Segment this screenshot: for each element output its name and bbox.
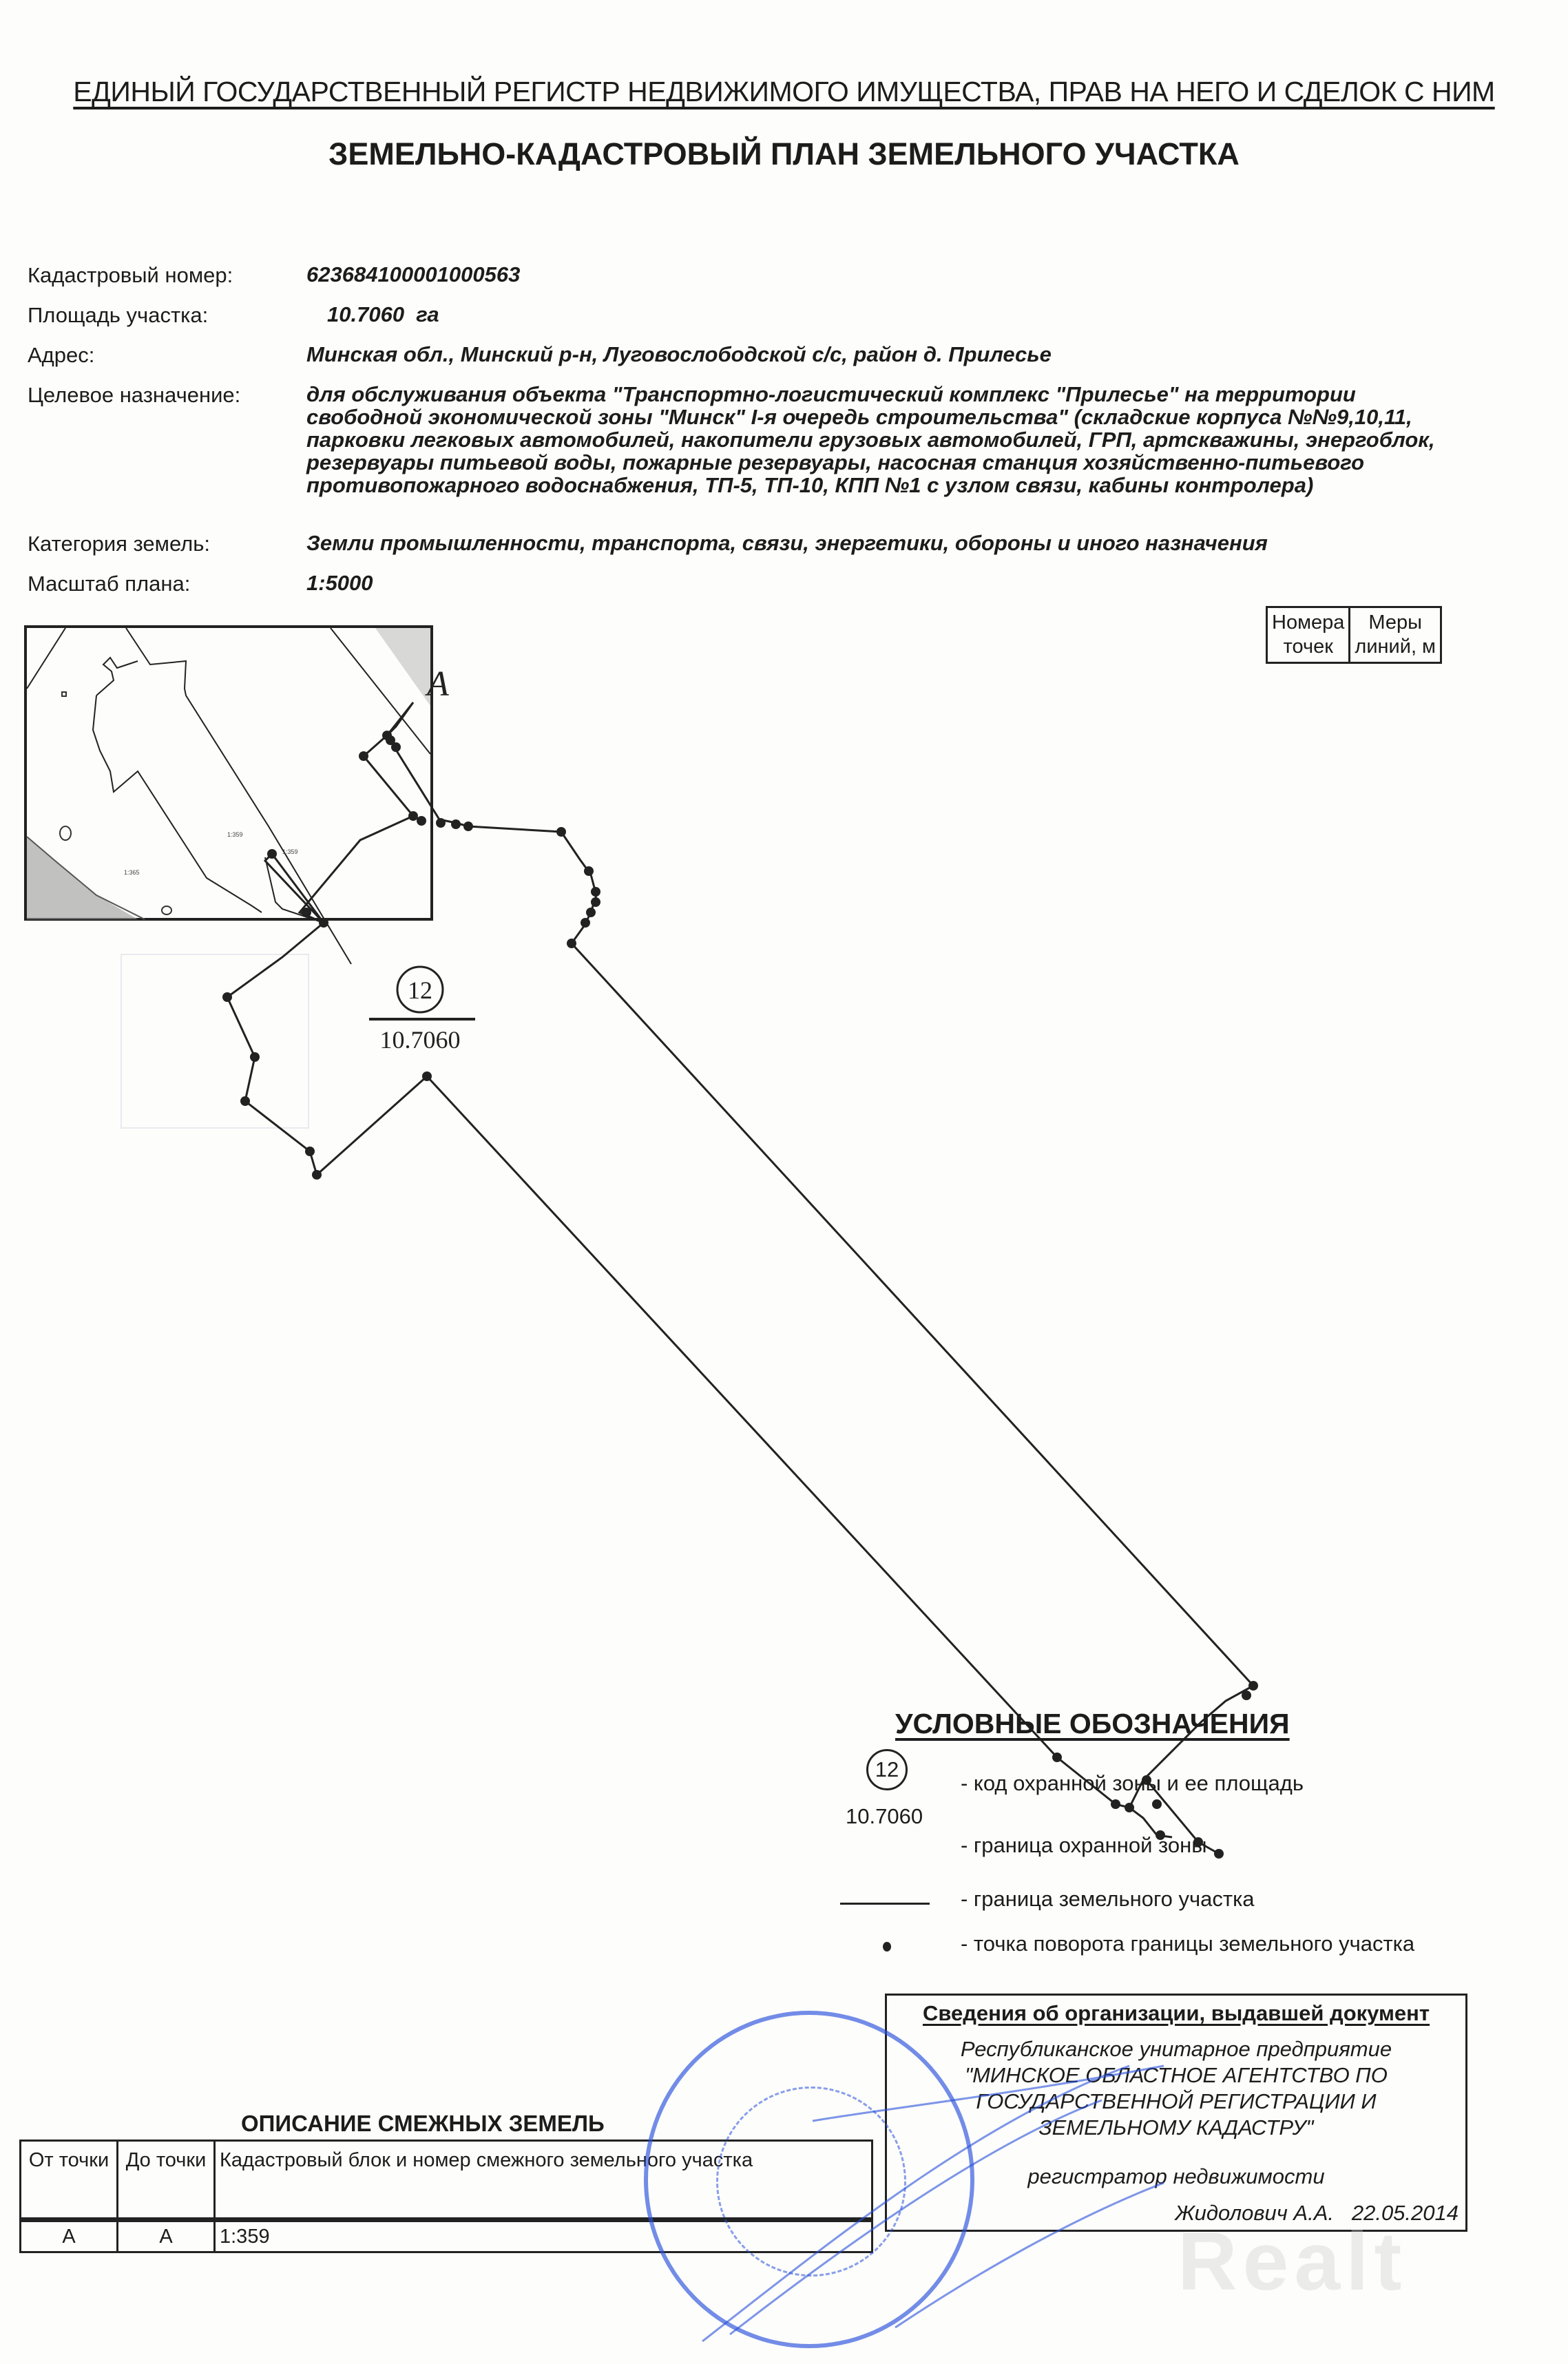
legend-plot-boundary-line [840,1903,930,1905]
legend-item-plot-boundary: - граница земельного участка [961,1887,1255,1912]
legend-title: УСЛОВНЫЕ ОБОЗНАЧЕНИЯ [895,1708,1290,1740]
legend-zone-area: 10.7060 [846,1804,923,1829]
zone-area: 10.7060 [380,1026,461,1054]
legend-item-zone-boundary: - граница охранной зоны [961,1833,1207,1858]
col-from-point: От точки [21,2141,118,2220]
legend-zone-code-symbol: 12 [866,1749,908,1790]
row-from: A [21,2220,118,2252]
svg-text:1:359: 1:359 [227,831,243,838]
svg-text:1:365: 1:365 [124,869,140,876]
col-to-point: До точки [118,2141,215,2220]
svg-text:1:359: 1:359 [282,848,298,855]
zone-code: 12 [408,976,432,1004]
adjacent-lands-title: ОПИСАНИЕ СМЕЖНЫХ ЗЕМЕЛЬ [241,2111,605,2137]
legend-item-turning-point: - точка поворота границы земельного учас… [961,1932,1414,1956]
org-title: Сведения об организации, выдавшей докуме… [887,2001,1465,2026]
legend-turning-point-dot [883,1942,891,1952]
zone-marker: 12 10.7060 [369,967,475,1054]
row-to: A [118,2220,215,2252]
inset-map: 1:359 1:359 1:365 [25,627,432,964]
point-label-a: A [425,665,449,704]
legend-item-zone-code: - код охранной зоны и ее площадь [961,1771,1304,1796]
signature-scribble [689,2038,1171,2355]
watermark: Realt [1178,2214,1407,2309]
